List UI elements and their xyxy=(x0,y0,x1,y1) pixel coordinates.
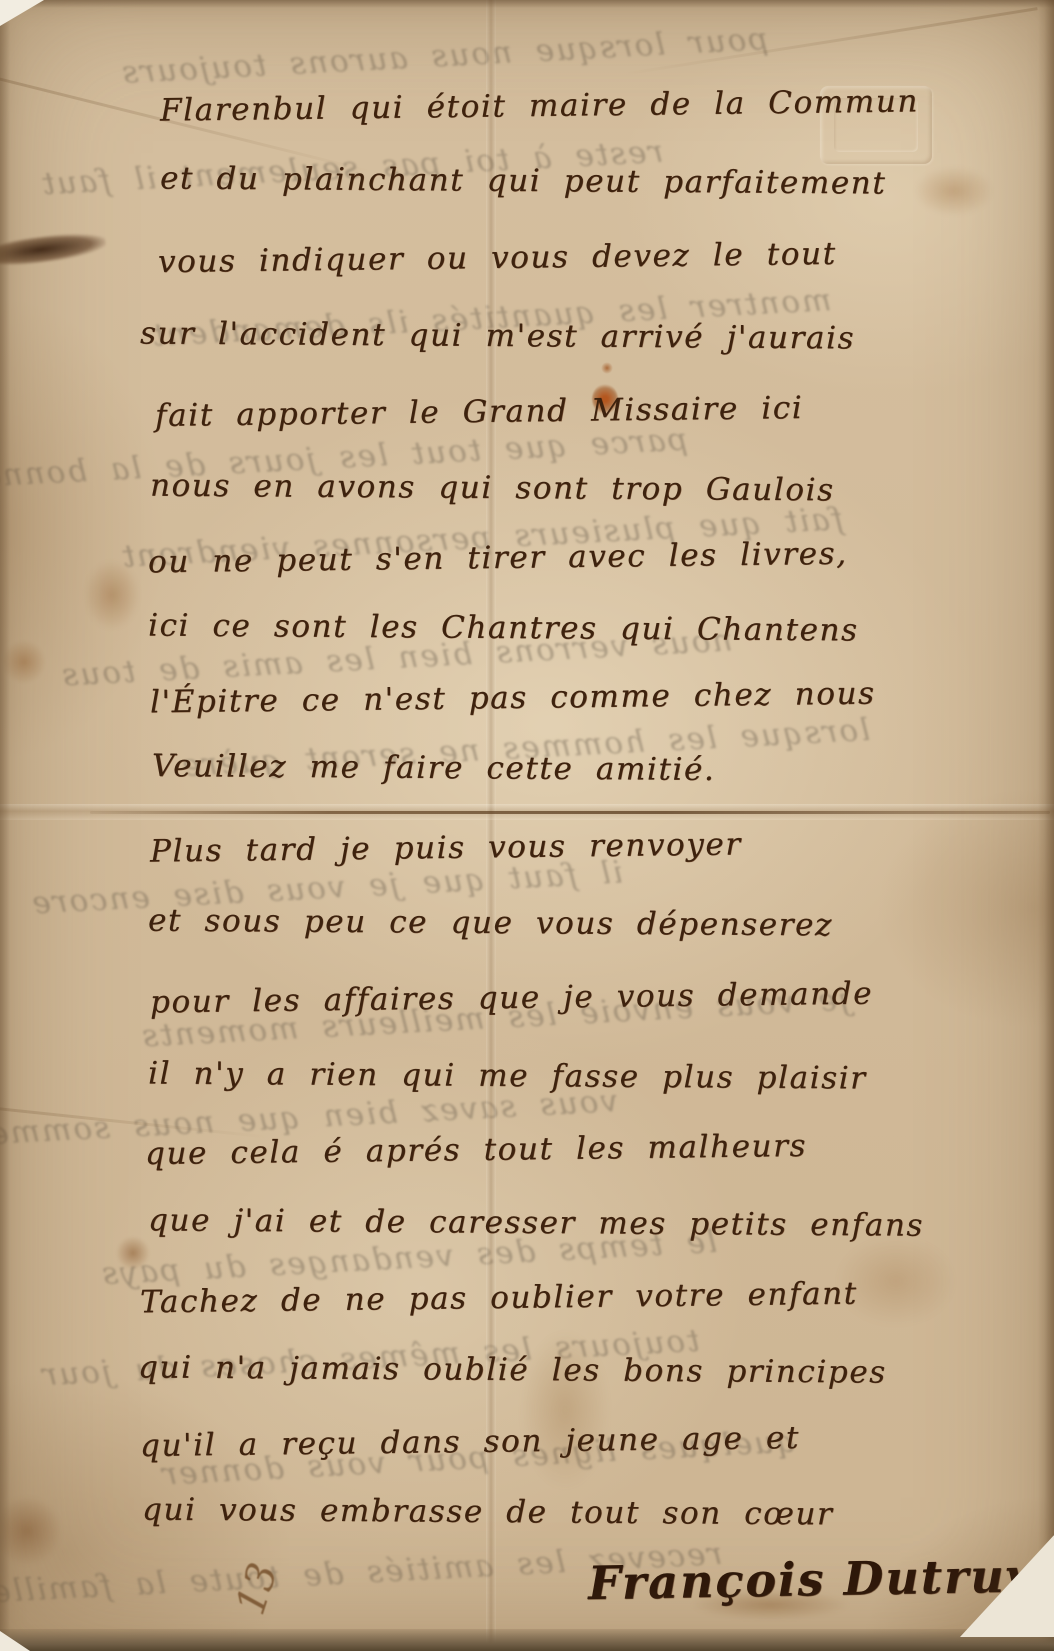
rust-stain xyxy=(84,560,140,630)
rust-stain xyxy=(914,166,994,216)
letter-line: sur l'accident qui m'est arrivé j'aurais xyxy=(140,316,855,357)
ink-smudge-stain xyxy=(0,229,107,269)
letter-line: qui vous embrasse de tout son cœur xyxy=(142,1492,834,1533)
letter-line: fait apporter le Grand Missaire ici xyxy=(155,390,804,434)
paper-crease xyxy=(0,1104,269,1138)
paper-crease xyxy=(622,7,1037,76)
paper-edge-top xyxy=(0,0,1054,8)
letter-line: il n'y a rien qui me fasse plus plaisir xyxy=(148,1055,867,1096)
letter-line: Tachez de ne pas oublier votre enfant xyxy=(140,1276,858,1321)
letter-scan: pour lorsque nous aurons toujours reste … xyxy=(0,0,1054,1651)
signature: François Dutruve xyxy=(588,1548,1054,1610)
paper-edge-bottom xyxy=(0,1629,1054,1651)
letter-line: vous indiquer ou vous devez le tout xyxy=(158,236,837,280)
letter-line: ici ce sont les Chantres qui Chantens xyxy=(148,608,859,649)
letter-line: Flarenbul qui étoit maire de la Commun xyxy=(160,83,919,128)
letter-line: ou ne peut s'en tirer avec les livres, xyxy=(148,536,848,581)
rust-stain xyxy=(601,362,613,374)
letter-line: que j'ai et de caresser mes petits enfan… xyxy=(148,1202,924,1243)
letter-line: qu'il a reçu dans son jeune age et xyxy=(140,1420,800,1464)
letter-line: qui n'a jamais oublié les bons principes xyxy=(138,1349,887,1390)
letter-line: Veuillez me faire cette amitié. xyxy=(152,748,716,788)
rust-stain xyxy=(116,1236,150,1270)
letter-line: Plus tard je puis vous renvoyer xyxy=(150,826,742,869)
letter-line: et du plainchant qui peut parfaitement xyxy=(160,160,887,201)
letter-line: pour les affaires que je vous demande xyxy=(150,976,873,1021)
paper-edge-left xyxy=(0,0,10,1651)
paper-edge-right xyxy=(1038,0,1054,1651)
letter-line: l'Épitre ce n'est pas comme chez nous xyxy=(150,676,876,721)
docket-number: 13 xyxy=(228,1558,287,1621)
letter-line: que cela é aprés tout les malheurs xyxy=(145,1128,807,1172)
letter-line: et sous peu ce que vous dépenserez xyxy=(148,903,833,944)
letter-line: nous en avons qui sont trop Gaulois xyxy=(150,468,835,509)
horizontal-fold-line xyxy=(90,811,1050,814)
bleedthrough-line: pour lorsque nous aurons toujours xyxy=(120,21,770,91)
